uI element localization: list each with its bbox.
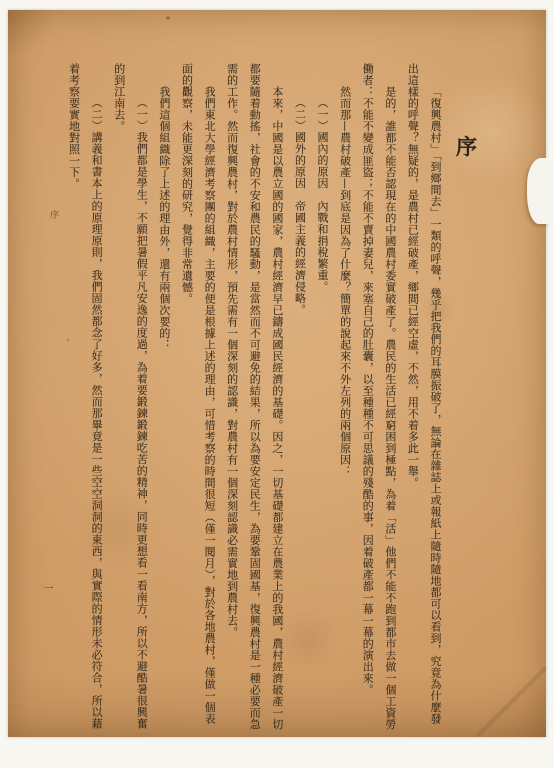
scan-backdrop: 序 「復興農村」「到鄉間去」一類的呼聲，幾乎把我們的耳膜振破了，無論在雜誌上或報…	[0, 0, 554, 768]
paragraph: 本來，中國是以農立國的國家，農村經濟早已鑄成國民經濟的基礎。因之，一切基礎都建立…	[220, 63, 288, 733]
list-item: （二）國外的原因 帝國主義的經濟侵略。	[288, 63, 311, 733]
paragraph: 然而那—農村破產—到底是因為了什麼？簡單的說起來不外左列的兩個原因：	[333, 63, 356, 733]
paragraph: 「復興農村」「到鄉間去」一類的呼聲，幾乎把我們的耳膜振破了，無論在雜誌上或報紙上…	[401, 63, 446, 733]
paragraph: 我們這個組織除了上述的理由外，還有兩個次要的：	[152, 63, 175, 733]
preface-text: 「復興農村」「到鄉間去」一類的呼聲，幾乎把我們的耳膜振破了，無論在雜誌上或報紙上…	[57, 63, 446, 733]
torn-paper-patch	[527, 158, 549, 224]
corner-crease	[476, 667, 546, 737]
list-item: （一）我們都是學生，不願把暑假平凡安逸的度過，為着要鍛鍊鍛鍊吃苦的精神，同時更想…	[107, 63, 152, 733]
paragraph: 是的，誰都不能否認現在的中國農村委實破產了。農民的生活已經窮困到極點，為着「活」…	[356, 63, 401, 733]
page-title: 序	[456, 131, 477, 161]
paragraph: 我們東北大學經濟考察團的組織，主要的便是根據上述的理由，可惜考察的時間很短（僅一…	[175, 63, 220, 733]
page-number: 一	[39, 580, 57, 596]
list-item: （二）講義和書本上的原理原則，我們固然都念了好多，然而那畢竟是一些空空洞洞的東西…	[62, 63, 107, 733]
list-item: （一）國內的原因 內戰和捐稅繁重。	[310, 63, 333, 733]
margin-running-head: 序	[47, 210, 60, 219]
